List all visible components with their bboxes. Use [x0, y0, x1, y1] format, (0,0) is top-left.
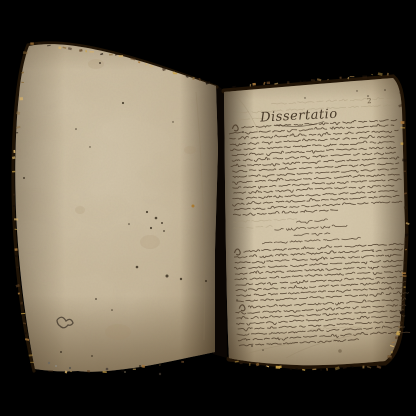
- screenshot-root: Dissertatio 2: [0, 0, 416, 416]
- edge-fleck: [18, 292, 20, 294]
- speck-stain: [95, 298, 97, 300]
- edge-fleck: [402, 302, 405, 304]
- edge-fleck: [30, 42, 34, 44]
- speck-stain: [251, 345, 253, 347]
- edge-fleck: [362, 76, 367, 79]
- speck-stain: [128, 223, 130, 225]
- edge-fleck: [103, 371, 107, 373]
- edge-fleck: [378, 72, 383, 75]
- speck-stain: [172, 121, 173, 122]
- speck-stain: [384, 89, 386, 91]
- edge-fleck: [287, 81, 289, 84]
- edge-fleck: [25, 332, 27, 334]
- edge-fleck: [267, 82, 270, 85]
- edge-fleck: [145, 63, 147, 65]
- soft-stain: [184, 146, 196, 154]
- edge-fleck: [192, 77, 194, 80]
- edge-fleck: [159, 364, 161, 366]
- soft-stain: [105, 324, 131, 340]
- speck-stain: [150, 227, 152, 229]
- speck-stain: [304, 97, 305, 98]
- edge-fleck: [29, 354, 33, 356]
- edge-fleck: [38, 43, 41, 44]
- edge-fleck: [377, 365, 382, 368]
- speck-stain: [163, 230, 165, 232]
- edge-fleck: [240, 363, 243, 364]
- edge-fleck: [401, 121, 405, 124]
- edge-fleck: [15, 248, 18, 251]
- speck-stain: [124, 371, 126, 373]
- edge-fleck: [388, 355, 391, 357]
- edge-fleck: [121, 370, 124, 371]
- edge-fleck: [395, 336, 398, 339]
- edge-fleck: [362, 366, 364, 369]
- speck-stain: [136, 266, 139, 269]
- edge-fleck: [15, 132, 18, 133]
- speck-stain: [23, 177, 25, 179]
- edge-fleck: [48, 370, 53, 372]
- edge-fleck: [276, 366, 281, 369]
- speck-stain: [55, 365, 57, 367]
- edge-fleck: [403, 286, 405, 288]
- edge-fleck: [350, 76, 355, 77]
- page-number: 2: [367, 97, 372, 105]
- speck-stain: [155, 217, 158, 220]
- edge-fleck: [263, 82, 265, 85]
- edge-fleck: [133, 368, 136, 370]
- speck-stain: [356, 90, 357, 91]
- edge-fleck: [250, 84, 252, 87]
- speck-stain: [146, 211, 148, 213]
- speck-stain: [48, 362, 50, 364]
- edge-fleck: [405, 249, 407, 251]
- speck-stain: [192, 205, 195, 208]
- speck-stain: [111, 309, 113, 311]
- speck-stain: [205, 280, 207, 282]
- speck-stain: [180, 278, 182, 280]
- soft-stain: [140, 235, 160, 249]
- edge-fleck: [30, 362, 34, 363]
- edge-fleck: [109, 54, 113, 56]
- edge-fleck: [13, 150, 15, 153]
- edge-fleck: [58, 46, 61, 49]
- edge-fleck: [311, 79, 315, 82]
- edge-fleck: [303, 81, 307, 83]
- edge-fleck: [119, 55, 124, 57]
- speck-stain: [60, 351, 62, 353]
- speck-stain: [69, 367, 71, 369]
- edge-fleck: [339, 77, 341, 79]
- speck-stain: [338, 349, 342, 353]
- speck-stain: [161, 222, 163, 224]
- speck-stain: [99, 62, 101, 64]
- speck-stain: [122, 102, 124, 104]
- speck-stain: [139, 365, 141, 367]
- speck-stain: [236, 299, 238, 301]
- edge-fleck: [173, 73, 177, 75]
- edge-fleck: [14, 218, 18, 220]
- edge-fleck: [402, 275, 406, 277]
- speck-stain: [372, 249, 373, 250]
- edge-fleck: [401, 142, 404, 145]
- edge-fleck: [404, 238, 406, 241]
- edge-fleck: [295, 368, 297, 370]
- speck-stain: [106, 368, 109, 371]
- soft-stain: [75, 206, 85, 214]
- speck-stain: [166, 275, 169, 278]
- edge-fleck: [89, 51, 94, 53]
- soft-stain: [88, 59, 104, 69]
- speck-stain: [91, 355, 93, 357]
- edge-fleck: [320, 369, 322, 371]
- edge-fleck: [402, 272, 406, 274]
- speck-stain: [89, 146, 90, 147]
- speck-stain: [75, 128, 77, 130]
- edge-fleck: [19, 97, 23, 100]
- edge-fleck: [252, 83, 256, 86]
- edge-fleck: [12, 171, 15, 173]
- book-photo: Dissertatio 2: [0, 0, 416, 416]
- edge-fleck: [371, 74, 373, 75]
- edge-fleck: [326, 368, 328, 371]
- edge-fleck: [302, 369, 305, 371]
- edge-fleck: [249, 363, 251, 366]
- edge-fleck: [181, 361, 184, 363]
- edge-fleck: [367, 366, 371, 369]
- speck-stain: [159, 373, 161, 375]
